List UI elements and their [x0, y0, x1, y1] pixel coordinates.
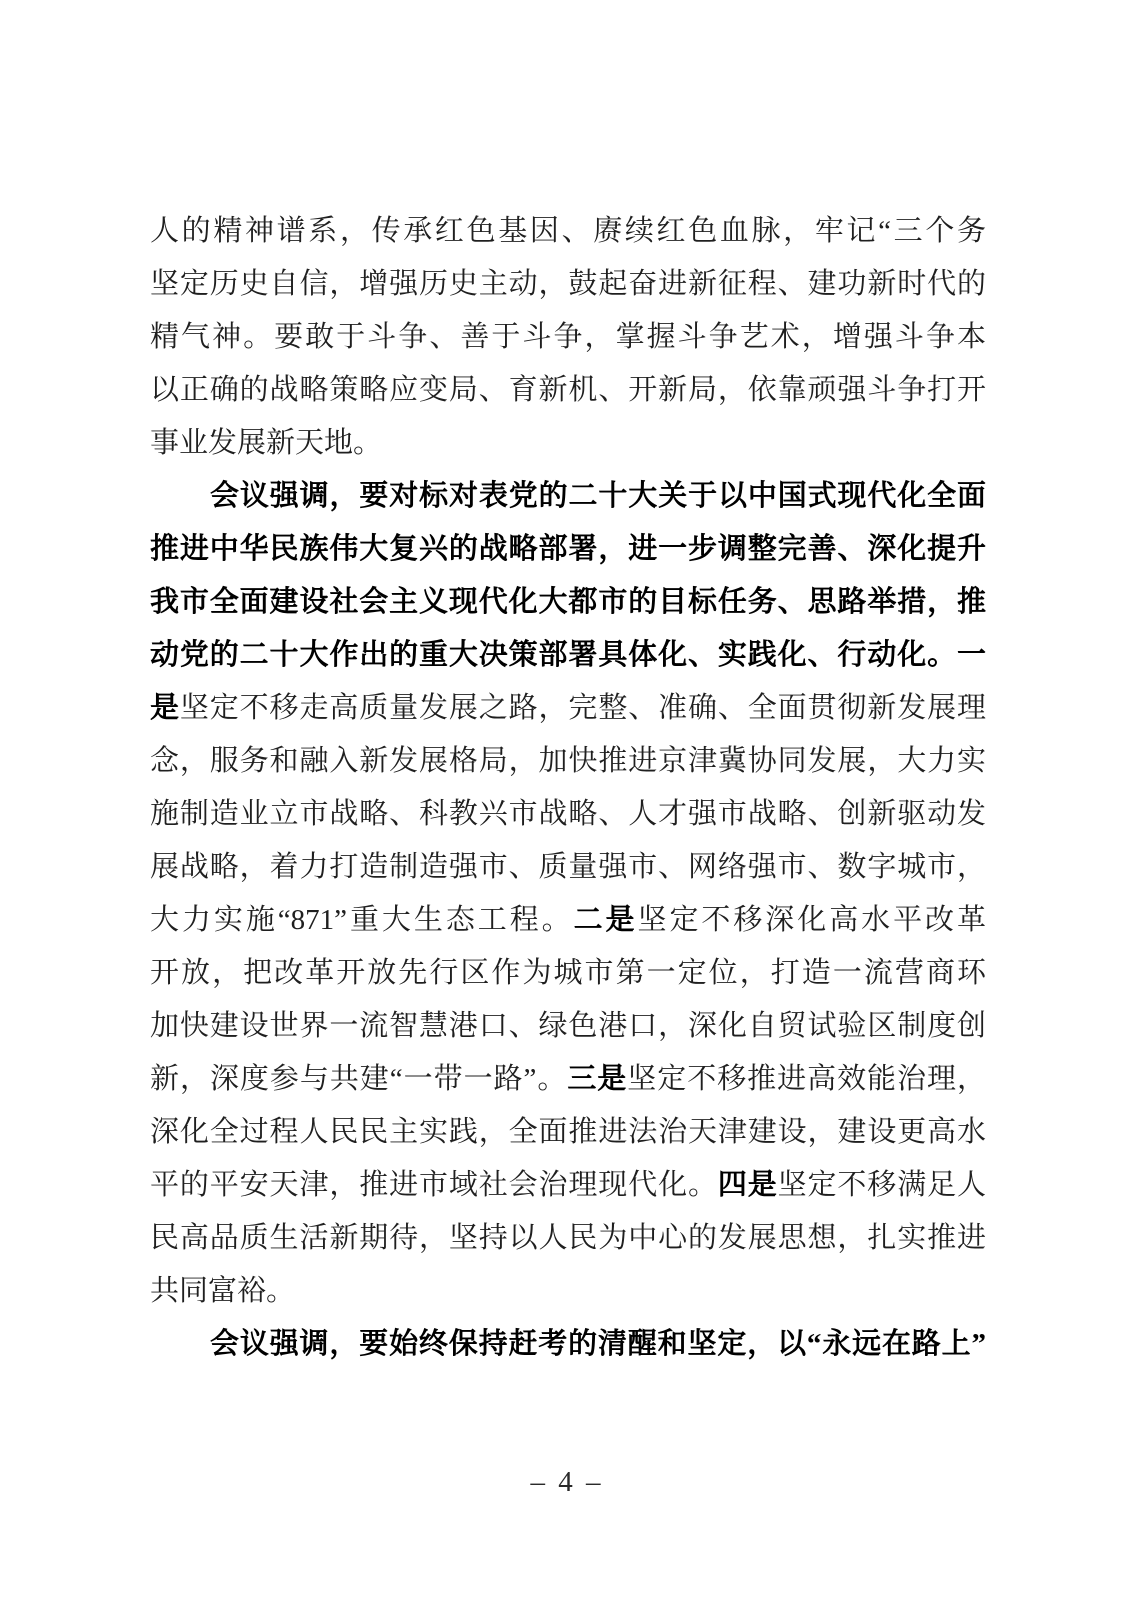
- emphasis-text: 是: [150, 692, 180, 724]
- text-line: 是坚定不移走高质量发展之路，完整、准确、全面贯彻新发展理: [150, 682, 986, 735]
- body-text: 精气神。要敢于斗争、善于斗争，掌握斗争艺术，增强斗争本领，: [150, 321, 986, 364]
- text-line: 展战略，着力打造制造强市、质量强市、网络强市、数字城市，: [150, 841, 986, 894]
- text-line: 推进中华民族伟大复兴的战略部署，进一步调整完善、深化提升: [150, 523, 986, 576]
- text-line: 会议强调，要对标对表党的二十大关于以中国式现代化全面: [150, 470, 986, 523]
- text-line: 平的平安天津，推进市域社会治理现代化。四是坚定不移满足人: [150, 1159, 986, 1212]
- emphasis-text: 动党的二十大作出的重大决策部署具体化、实践化、行动化。一: [150, 639, 986, 671]
- body-text: 深化全过程人民民主实践，全面推进法治天津建设，建设更高水: [150, 1116, 986, 1148]
- body-text: 坚定不移满足人: [778, 1169, 986, 1201]
- body-text: 念，服务和融入新发展格局，加快推进京津冀协同发展，大力实: [150, 745, 986, 777]
- text-line: 开放，把改革开放先行区作为城市第一定位，打造一流营商环境，: [150, 947, 986, 1000]
- emphasis-text: 会议强调，要始终保持赶考的清醒和坚定，以“永远在路上”: [210, 1328, 986, 1360]
- body-text: 施制造业立市战略、科教兴市战略、人才强市战略、创新驱动发: [150, 798, 986, 830]
- body-text: 人的精神谱系，传承红色基因、赓续红色血脉，牢记“三个务必”，: [150, 215, 986, 258]
- text-line: 施制造业立市战略、科教兴市战略、人才强市战略、创新驱动发: [150, 788, 986, 841]
- body-text: 坚定历史自信，增强历史主动，鼓起奋进新征程、建功新时代的: [150, 268, 986, 300]
- body-text: 以正确的战略策略应变局、育新机、开新局，依靠顽强斗争打开: [150, 374, 986, 406]
- body-text: 坚定不移推进高效能治理，: [627, 1063, 986, 1095]
- text-line: 精气神。要敢于斗争、善于斗争，掌握斗争艺术，增强斗争本领，: [150, 311, 986, 364]
- body-text: 平的平安天津，推进市域社会治理现代化。: [150, 1169, 718, 1201]
- document-body: 人的精神谱系，传承红色基因、赓续红色血脉，牢记“三个务必”，坚定历史自信，增强历…: [150, 205, 986, 1371]
- body-text: 大力实施“871”重大生态工程。: [150, 904, 574, 936]
- text-line: 事业发展新天地。: [150, 417, 986, 470]
- page-number: – 4 –: [0, 1460, 1131, 1505]
- body-text: 加快建设世界一流智慧港口、绿色港口，深化自贸试验区制度创: [150, 1010, 986, 1042]
- body-text: 坚定不移走高质量发展之路，完整、准确、全面贯彻新发展理: [180, 692, 986, 724]
- text-line: 民高品质生活新期待，坚持以人民为中心的发展思想，扎实推进: [150, 1212, 986, 1265]
- text-line: 共同富裕。: [150, 1265, 986, 1318]
- emphasis-text: 会议强调，要对标对表党的二十大关于以中国式现代化全面: [210, 480, 986, 512]
- text-line: 动党的二十大作出的重大决策部署具体化、实践化、行动化。一: [150, 629, 986, 682]
- emphasis-text: 二是: [574, 904, 638, 936]
- emphasis-text: 推进中华民族伟大复兴的战略部署，进一步调整完善、深化提升: [150, 533, 986, 565]
- emphasis-text: 四是: [718, 1169, 778, 1201]
- text-line: 人的精神谱系，传承红色基因、赓续红色血脉，牢记“三个务必”，: [150, 205, 986, 258]
- body-text: 事业发展新天地。: [150, 427, 382, 459]
- emphasis-text: 三是: [567, 1063, 627, 1095]
- body-text: 展战略，着力打造制造强市、质量强市、网络强市、数字城市，: [150, 851, 986, 883]
- body-text: 开放，把改革开放先行区作为城市第一定位，打造一流营商环境，: [150, 957, 986, 1000]
- text-line: 深化全过程人民民主实践，全面推进法治天津建设，建设更高水: [150, 1106, 986, 1159]
- body-text: 坚定不移深化高水平改革: [638, 904, 986, 936]
- body-text: 民高品质生活新期待，坚持以人民为中心的发展思想，扎实推进: [150, 1222, 986, 1254]
- text-line: 新，深度参与共建“一带一路”。三是坚定不移推进高效能治理，: [150, 1053, 986, 1106]
- text-line: 会议强调，要始终保持赶考的清醒和坚定，以“永远在路上”: [150, 1318, 986, 1371]
- text-line: 加快建设世界一流智慧港口、绿色港口，深化自贸试验区制度创: [150, 1000, 986, 1053]
- body-text: 共同富裕。: [150, 1275, 295, 1307]
- text-line: 我市全面建设社会主义现代化大都市的目标任务、思路举措，推: [150, 576, 986, 629]
- document-page: 人的精神谱系，传承红色基因、赓续红色血脉，牢记“三个务必”，坚定历史自信，增强历…: [0, 0, 1131, 1600]
- text-line: 以正确的战略策略应变局、育新机、开新局，依靠顽强斗争打开: [150, 364, 986, 417]
- text-line: 坚定历史自信，增强历史主动，鼓起奋进新征程、建功新时代的: [150, 258, 986, 311]
- text-line: 大力实施“871”重大生态工程。二是坚定不移深化高水平改革: [150, 894, 986, 947]
- text-line: 念，服务和融入新发展格局，加快推进京津冀协同发展，大力实: [150, 735, 986, 788]
- body-text: 新，深度参与共建“一带一路”。: [150, 1063, 567, 1095]
- emphasis-text: 我市全面建设社会主义现代化大都市的目标任务、思路举措，推: [150, 586, 986, 618]
